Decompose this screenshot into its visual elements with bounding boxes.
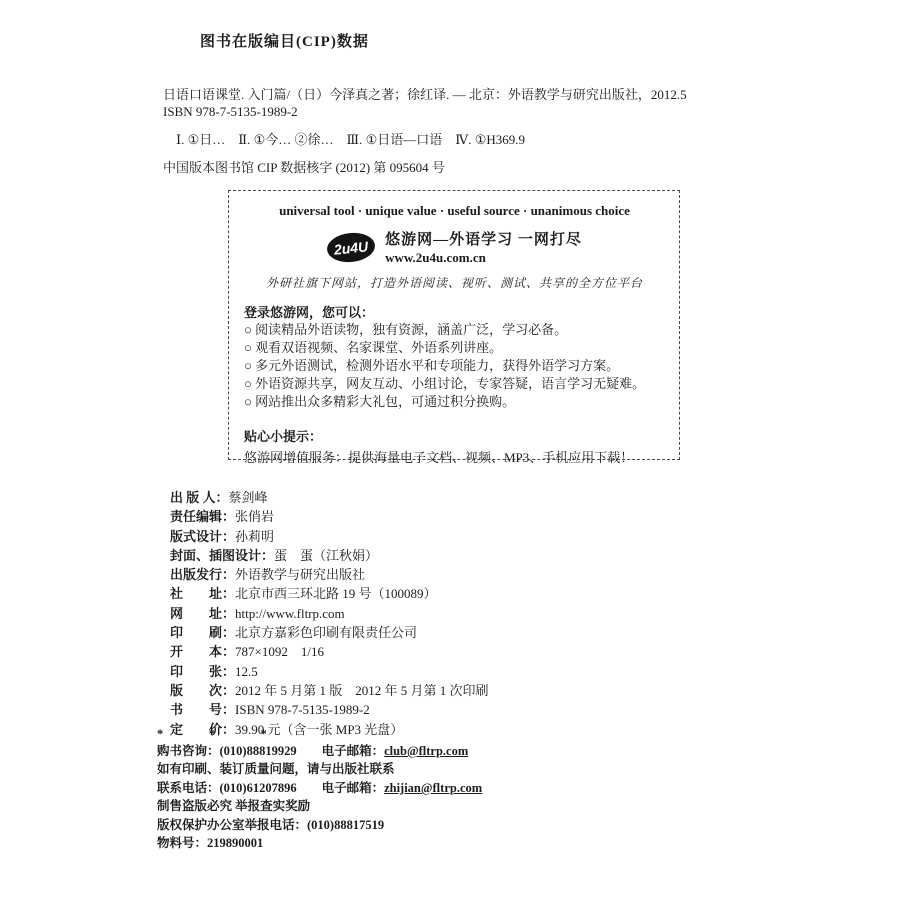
- colophon-block: 出 版 人：蔡剑峰 责任编辑：张俏岩 版式设计：孙莉明 封面、插图设计：蛋 蛋（…: [170, 488, 489, 739]
- colophon-label: 印 张：: [170, 664, 235, 679]
- asterisk-separator: * * *: [157, 727, 482, 742]
- colophon-value: 北京方嘉彩色印刷有限责任公司: [235, 625, 417, 640]
- colophon-value: ISBN 978-7-5135-1989-2: [235, 702, 370, 717]
- colophon-row-sheets: 印 张：12.5: [170, 662, 489, 681]
- colophon-value: 外语教学与研究出版社: [235, 567, 365, 582]
- footer-text: 物料号：219890001: [157, 836, 263, 850]
- copyright-page: 图书在版编目(CIP)数据 日语口语课堂. 入门篇/（日）今泽真之著；徐红译. …: [0, 0, 900, 900]
- footer-line-copyright-hotline: 版权保护办公室举报电话：(010)88817519: [157, 816, 482, 834]
- colophon-row-format: 开 本：787×1092 1/16: [170, 642, 489, 661]
- colophon-label: 社 址：: [170, 586, 235, 601]
- colophon-value: 孙莉明: [235, 529, 274, 544]
- cip-record-number-line: 中国版本图书馆 CIP 数据核字 (2012) 第 095604 号: [163, 157, 445, 176]
- footer-text: 制售盗版必究 举报查实奖励: [157, 799, 310, 813]
- colophon-label: 责任编辑：: [170, 509, 235, 524]
- colophon-value: 2012 年 5 月第 1 版 2012 年 5 月第 1 次印刷: [235, 683, 489, 698]
- colophon-value: 蛋 蛋（江秋娟）: [274, 548, 378, 563]
- isbn-line: ISBN 978-7-5135-1989-2: [163, 104, 298, 120]
- colophon-label: 出 版 人：: [170, 490, 229, 505]
- promo-bullet-4: ○ 外语资源共享，网友互动、小组讨论，专家答疑，语言学习无疑难。: [244, 375, 665, 393]
- promo-slogan: universal tool · unique value · useful s…: [244, 203, 665, 219]
- colophon-label: 书 号：: [170, 702, 235, 717]
- brand-row: 2u4U 悠游网—外语学习 一网打尽 www.2u4u.com.cn: [244, 228, 665, 266]
- promo-tip-heading: 贴心小提示：: [244, 426, 665, 445]
- footer-email: zhijian@fltrp.com: [384, 781, 482, 795]
- colophon-value: 787×1092 1/16: [235, 644, 324, 659]
- promo-bullet-5: ○ 网站推出众多精彩大礼包，可通过积分换购。: [244, 393, 665, 411]
- colophon-row-edition: 版 次：2012 年 5 月第 1 版 2012 年 5 月第 1 次印刷: [170, 681, 489, 700]
- cip-description-line: 日语口语课堂. 入门篇/（日）今泽真之著；徐红译. — 北京：外语教学与研究出版…: [163, 84, 687, 103]
- brand-title: 悠游网—外语学习 一网打尽: [385, 228, 582, 249]
- footer-line-purchase: 购书咨询：(010)88819929 电子邮箱：club@fltrp.com: [157, 742, 482, 760]
- colophon-label: 版 次：: [170, 683, 235, 698]
- promo-tagline: 外研社旗下网站，打造外语阅读、视听、测试、共享的全方位平台: [244, 274, 665, 291]
- colophon-label: 封面、插图设计：: [170, 548, 274, 563]
- cip-title: 图书在版编目(CIP)数据: [200, 30, 369, 51]
- footer-line-material-number: 物料号：219890001: [157, 834, 482, 852]
- colophon-row-editor: 责任编辑：张俏岩: [170, 507, 489, 526]
- promo-bullet-3: ○ 多元外语测试，检测外语水平和专项能力，获得外语学习方案。: [244, 357, 665, 375]
- colophon-label: 出版发行：: [170, 567, 235, 582]
- colophon-row-layout-design: 版式设计：孙莉明: [170, 527, 489, 546]
- brand-url: www.2u4u.com.cn: [385, 250, 582, 266]
- colophon-row-publisher: 出版发行：外语教学与研究出版社: [170, 565, 489, 584]
- footer-line-quality: 如有印刷、装订质量问题，请与出版社联系: [157, 760, 482, 778]
- footer-line-piracy: 制售盗版必究 举报查实奖励: [157, 797, 482, 815]
- promo-tip-text: 悠游网增值服务：提供海量电子文档、视频、MP3、手机应用下载！: [244, 447, 665, 466]
- colophon-value: 蔡剑峰: [229, 490, 268, 505]
- promo-bullet-2: ○ 观看双语视频、名家课堂、外语系列讲座。: [244, 339, 665, 357]
- footer-email: club@fltrp.com: [384, 744, 468, 758]
- footer-text: 联系电话：(010)61207896 电子邮箱：: [157, 781, 384, 795]
- colophon-value: 北京市西三环北路 19 号（100089）: [235, 586, 437, 601]
- colophon-row-address: 社 址：北京市西三环北路 19 号（100089）: [170, 584, 489, 603]
- colophon-row-website: 网 址：http://www.fltrp.com: [170, 604, 489, 623]
- colophon-row-cover-design: 封面、插图设计：蛋 蛋（江秋娟）: [170, 546, 489, 565]
- footer-line-contact: 联系电话：(010)61207896 电子邮箱：zhijian@fltrp.co…: [157, 779, 482, 797]
- promo-list-heading: 登录悠游网，您可以：: [244, 302, 665, 321]
- footer-text: 如有印刷、装订质量问题，请与出版社联系: [157, 762, 395, 776]
- colophon-label: 开 本：: [170, 644, 235, 659]
- site-logo-text: 2u4U: [333, 237, 369, 256]
- colophon-value: http://www.fltrp.com: [235, 606, 345, 621]
- colophon-row-publisher-person: 出 版 人：蔡剑峰: [170, 488, 489, 507]
- promo-box: universal tool · unique value · useful s…: [228, 190, 680, 460]
- site-logo-icon: 2u4U: [326, 230, 377, 264]
- footer-text: 购书咨询：(010)88819929 电子邮箱：: [157, 744, 384, 758]
- brand-text: 悠游网—外语学习 一网打尽 www.2u4u.com.cn: [385, 228, 582, 266]
- footer-text: 版权保护办公室举报电话：(010)88817519: [157, 818, 384, 832]
- footer-notes: * * * 购书咨询：(010)88819929 电子邮箱：club@fltrp…: [157, 727, 482, 852]
- colophon-row-printer: 印 刷：北京方嘉彩色印刷有限责任公司: [170, 623, 489, 642]
- colophon-value: 张俏岩: [235, 509, 274, 524]
- colophon-label: 版式设计：: [170, 529, 235, 544]
- colophon-value: 12.5: [235, 664, 258, 679]
- colophon-row-book-number: 书 号：ISBN 978-7-5135-1989-2: [170, 700, 489, 719]
- promo-bullet-1: ○ 阅读精品外语读物，独有资源，涵盖广泛，学习必备。: [244, 321, 665, 339]
- colophon-label: 网 址：: [170, 606, 235, 621]
- cip-classification-line: Ⅰ. ①日… Ⅱ. ①今… ②徐… Ⅲ. ①日语—口语 Ⅳ. ①H369.9: [176, 129, 525, 148]
- colophon-label: 印 刷：: [170, 625, 235, 640]
